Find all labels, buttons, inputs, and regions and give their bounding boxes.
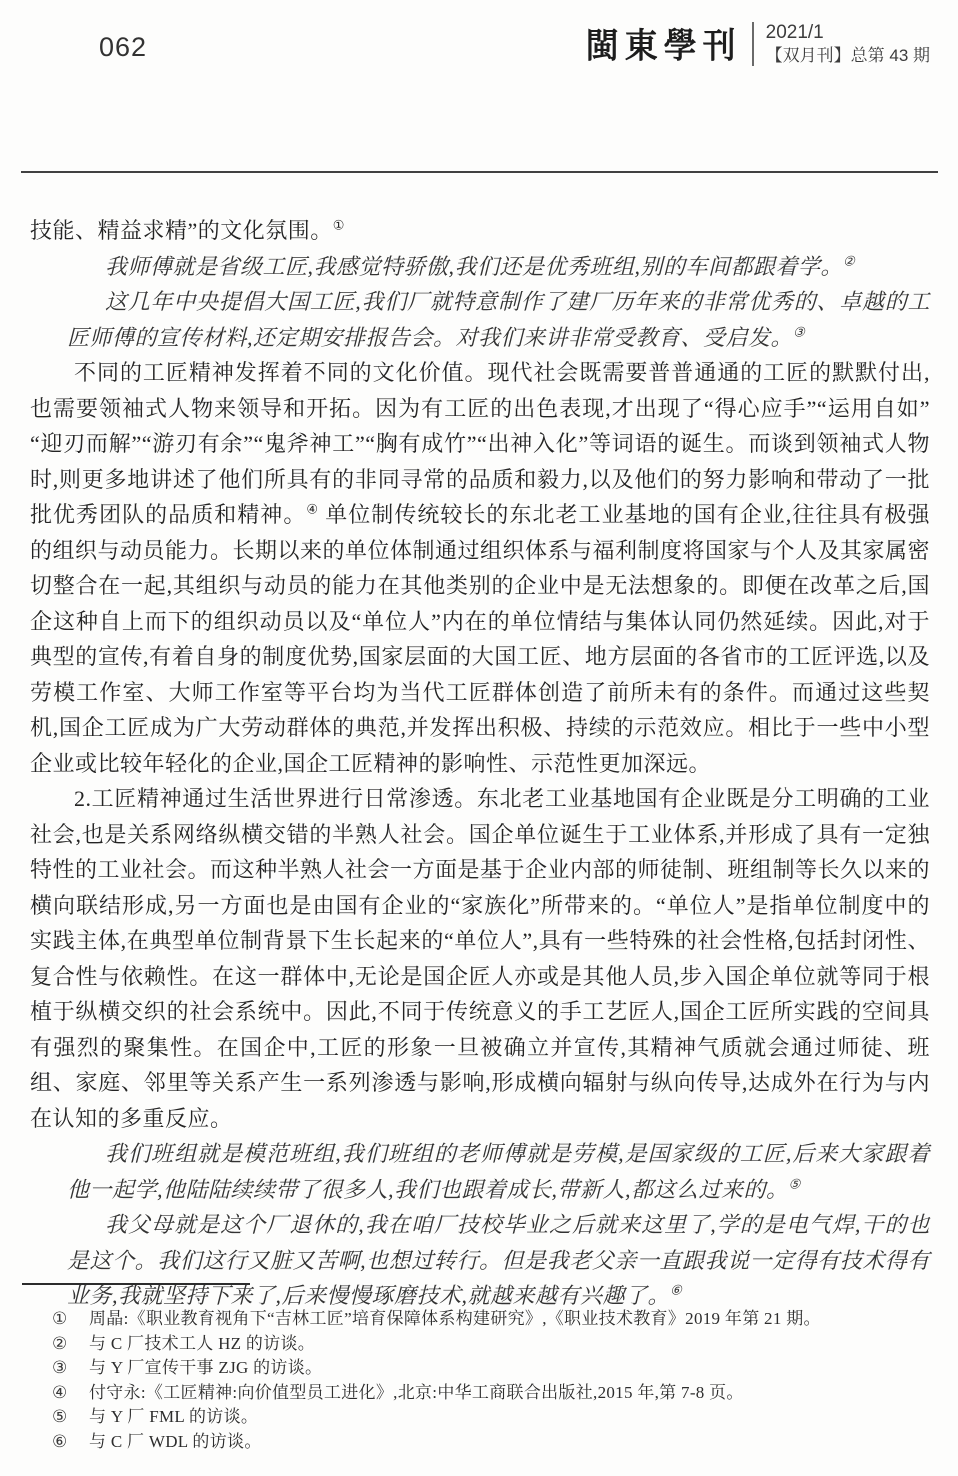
interview-quote-3: 我们班组就是模范班组,我们班组的老师傅就是劳模,是国家级的工匠,后来大家跟着他一… [67, 1136, 930, 1207]
footnote-ref: ① [333, 218, 345, 233]
footnote-text: 与 C 厂 WDL 的访谈。 [89, 1430, 930, 1455]
footnote-marker: ④ [52, 1381, 72, 1406]
footnote: ⑤ 与 Y 厂 FML 的访谈。 [30, 1405, 930, 1430]
footnote-marker: ⑥ [52, 1430, 72, 1455]
footnote: ④ 付守永:《工匠精神:向价值型员工进化》,北京:中华工商联合出版社,2015 … [30, 1381, 930, 1406]
journal-page: 062 閩東學刊 2021/1 【双月刊】总第 43 期 技能、精益求精”的文化… [0, 0, 958, 1476]
text-run: 我师傅就是省级工匠,我感觉特骄傲,我们还是优秀班组,别的车间都跟着学。 [105, 254, 843, 279]
footnote: ③ 与 Y 厂宣传干事 ZJG 的访谈。 [30, 1356, 930, 1381]
footnote-ref: ④ [306, 502, 318, 517]
footnote-text: 付守永:《工匠精神:向价值型员工进化》,北京:中华工商联合出版社,2015 年,… [89, 1381, 930, 1406]
footnote-text: 与 Y 厂 FML 的访谈。 [89, 1405, 930, 1430]
footnote-marker: ③ [52, 1356, 72, 1381]
text-run: 这几年中央提倡大国工匠,我们厂就特意制作了建厂历年来的非常优秀的、卓越的工匠师傅… [67, 289, 930, 350]
issue-number: 2021/1 [766, 21, 930, 45]
issue-detail: 【双月刊】总第 43 期 [766, 45, 930, 66]
footnote-divider [22, 1283, 250, 1285]
footnote-ref: ③ [793, 324, 805, 339]
text-run: 技能、精益求精”的文化氛围。 [30, 218, 333, 243]
header-rule [21, 171, 938, 173]
masthead-divider [752, 22, 754, 66]
footnote-marker: ② [52, 1332, 72, 1357]
footnote-marker: ① [52, 1307, 72, 1332]
interview-quote-2: 这几年中央提倡大国工匠,我们厂就特意制作了建厂历年来的非常优秀的、卓越的工匠师傅… [67, 284, 930, 355]
text-run: 单位制传统较长的东北老工业基地的国有企业,往往具有极强的组织与动员能力。长期以来… [30, 502, 930, 776]
interview-quote-1: 我师傅就是省级工匠,我感觉特骄傲,我们还是优秀班组,别的车间都跟着学。② [67, 249, 930, 285]
footnotes-section: ① 周晶:《职业教育视角下“吉林工匠”培育保障体系构建研究》,《职业技术教育》2… [30, 1283, 930, 1454]
text-run: 我们班组就是模范班组,我们班组的老师傅就是劳模,是国家级的工匠,后来大家跟着他一… [67, 1141, 930, 1202]
footnote-ref: ⑤ [789, 1176, 801, 1191]
footnote: ② 与 C 厂技术工人 HZ 的访谈。 [30, 1332, 930, 1357]
footnote-text: 周晶:《职业教育视角下“吉林工匠”培育保障体系构建研究》,《职业技术教育》201… [89, 1307, 930, 1332]
footnote: ① 周晶:《职业教育视角下“吉林工匠”培育保障体系构建研究》,《职业技术教育》2… [30, 1307, 930, 1332]
paragraph-continuation: 技能、精益求精”的文化氛围。① [30, 213, 930, 249]
footnote: ⑥ 与 C 厂 WDL 的访谈。 [30, 1430, 930, 1455]
issue-info: 2021/1 【双月刊】总第 43 期 [766, 21, 930, 67]
article-body: 技能、精益求精”的文化氛围。① 我师傅就是省级工匠,我感觉特骄傲,我们还是优秀班… [30, 213, 930, 1314]
page-number: 062 [99, 32, 147, 63]
footnote-list: ① 周晶:《职业教育视角下“吉林工匠”培育保障体系构建研究》,《职业技术教育》2… [30, 1307, 930, 1454]
footnote-ref: ② [843, 253, 855, 268]
text-run: 2.工匠精神通过生活世界进行日常渗透。东北老工业基地国有企业既是分工明确的工业社… [30, 786, 930, 1131]
paragraph-1: 不同的工匠精神发挥着不同的文化价值。现代社会既需要普普通通的工匠的默默付出,也需… [30, 355, 930, 781]
paragraph-2: 2.工匠精神通过生活世界进行日常渗透。东北老工业基地国有企业既是分工明确的工业社… [30, 781, 930, 1136]
journal-name: 閩東學刊 [586, 19, 742, 68]
journal-masthead: 閩東學刊 2021/1 【双月刊】总第 43 期 [586, 20, 930, 67]
footnote-marker: ⑤ [52, 1405, 72, 1430]
footnote-text: 与 Y 厂宣传干事 ZJG 的访谈。 [89, 1356, 930, 1381]
footnote-text: 与 C 厂技术工人 HZ 的访谈。 [89, 1332, 930, 1357]
